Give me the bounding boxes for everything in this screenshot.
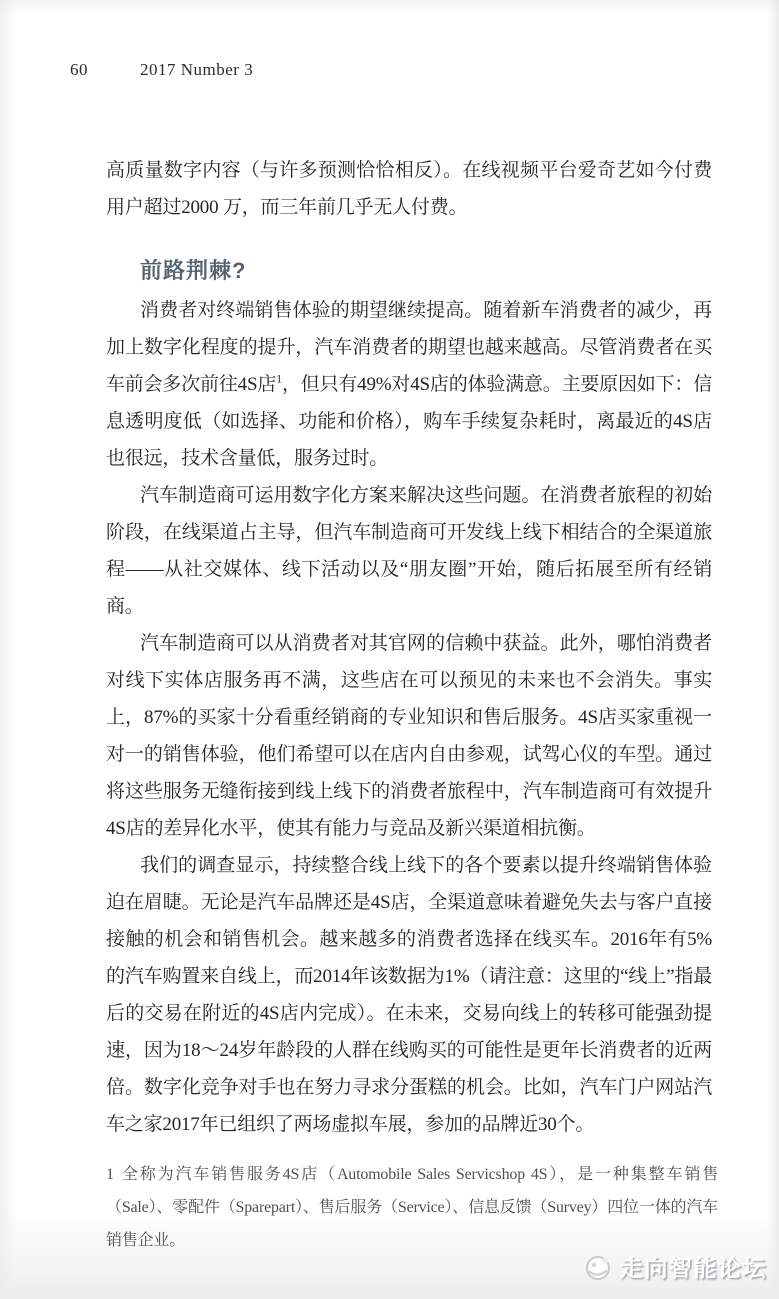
paragraph-continuation: 高质量数字内容（与许多预测恰恰相反）。在线视频平台爱奇艺如今付费用户超过2000…: [106, 152, 712, 226]
issue-label: 2017 Number 3: [140, 60, 253, 79]
scan-edge-top: [0, 0, 779, 14]
article-body: 高质量数字内容（与许多预测恰恰相反）。在线视频平台爱奇艺如今付费用户超过2000…: [106, 152, 712, 1143]
forum-watermark: 走向智能论坛: [583, 1250, 767, 1283]
page-number: 60: [70, 60, 88, 79]
running-header: 602017 Number 3: [70, 60, 253, 80]
forum-watermark-text: 走向智能论坛: [620, 1250, 767, 1283]
footnote: 1全称为汽车销售服务4S店（Automobile Sales Servicsho…: [106, 1158, 718, 1257]
paragraph-survey-findings: 我们的调查显示，持续整合线上线下的各个要素以提升终端销售体验迫在眉睫。无论是汽车…: [106, 847, 712, 1143]
scan-edge-right: [767, 0, 779, 1299]
forum-logo-icon: [583, 1252, 613, 1282]
section-heading: 前路荆棘?: [106, 256, 712, 286]
paragraph-omnichannel: 汽车制造商可运用数字化方案来解决这些问题。在消费者旅程的初始阶段，在线渠道占主导…: [106, 477, 712, 625]
paragraph-expectations: 消费者对终端销售体验的期望继续提高。随着新车消费者的减少，再加上数字化程度的提升…: [106, 292, 712, 477]
footnote-marker: 1: [106, 1166, 114, 1183]
scanned-document-page: 602017 Number 3 高质量数字内容（与许多预测恰恰相反）。在线视频平…: [0, 0, 779, 1299]
paragraph-dealer-trust: 汽车制造商可以从消费者对其官网的信赖中获益。此外，哪怕消费者对线下实体店服务再不…: [106, 625, 712, 847]
scan-edge-left: [0, 0, 16, 1299]
footnote-text: 全称为汽车销售服务4S店（Automobile Sales Servicshop…: [106, 1166, 718, 1249]
